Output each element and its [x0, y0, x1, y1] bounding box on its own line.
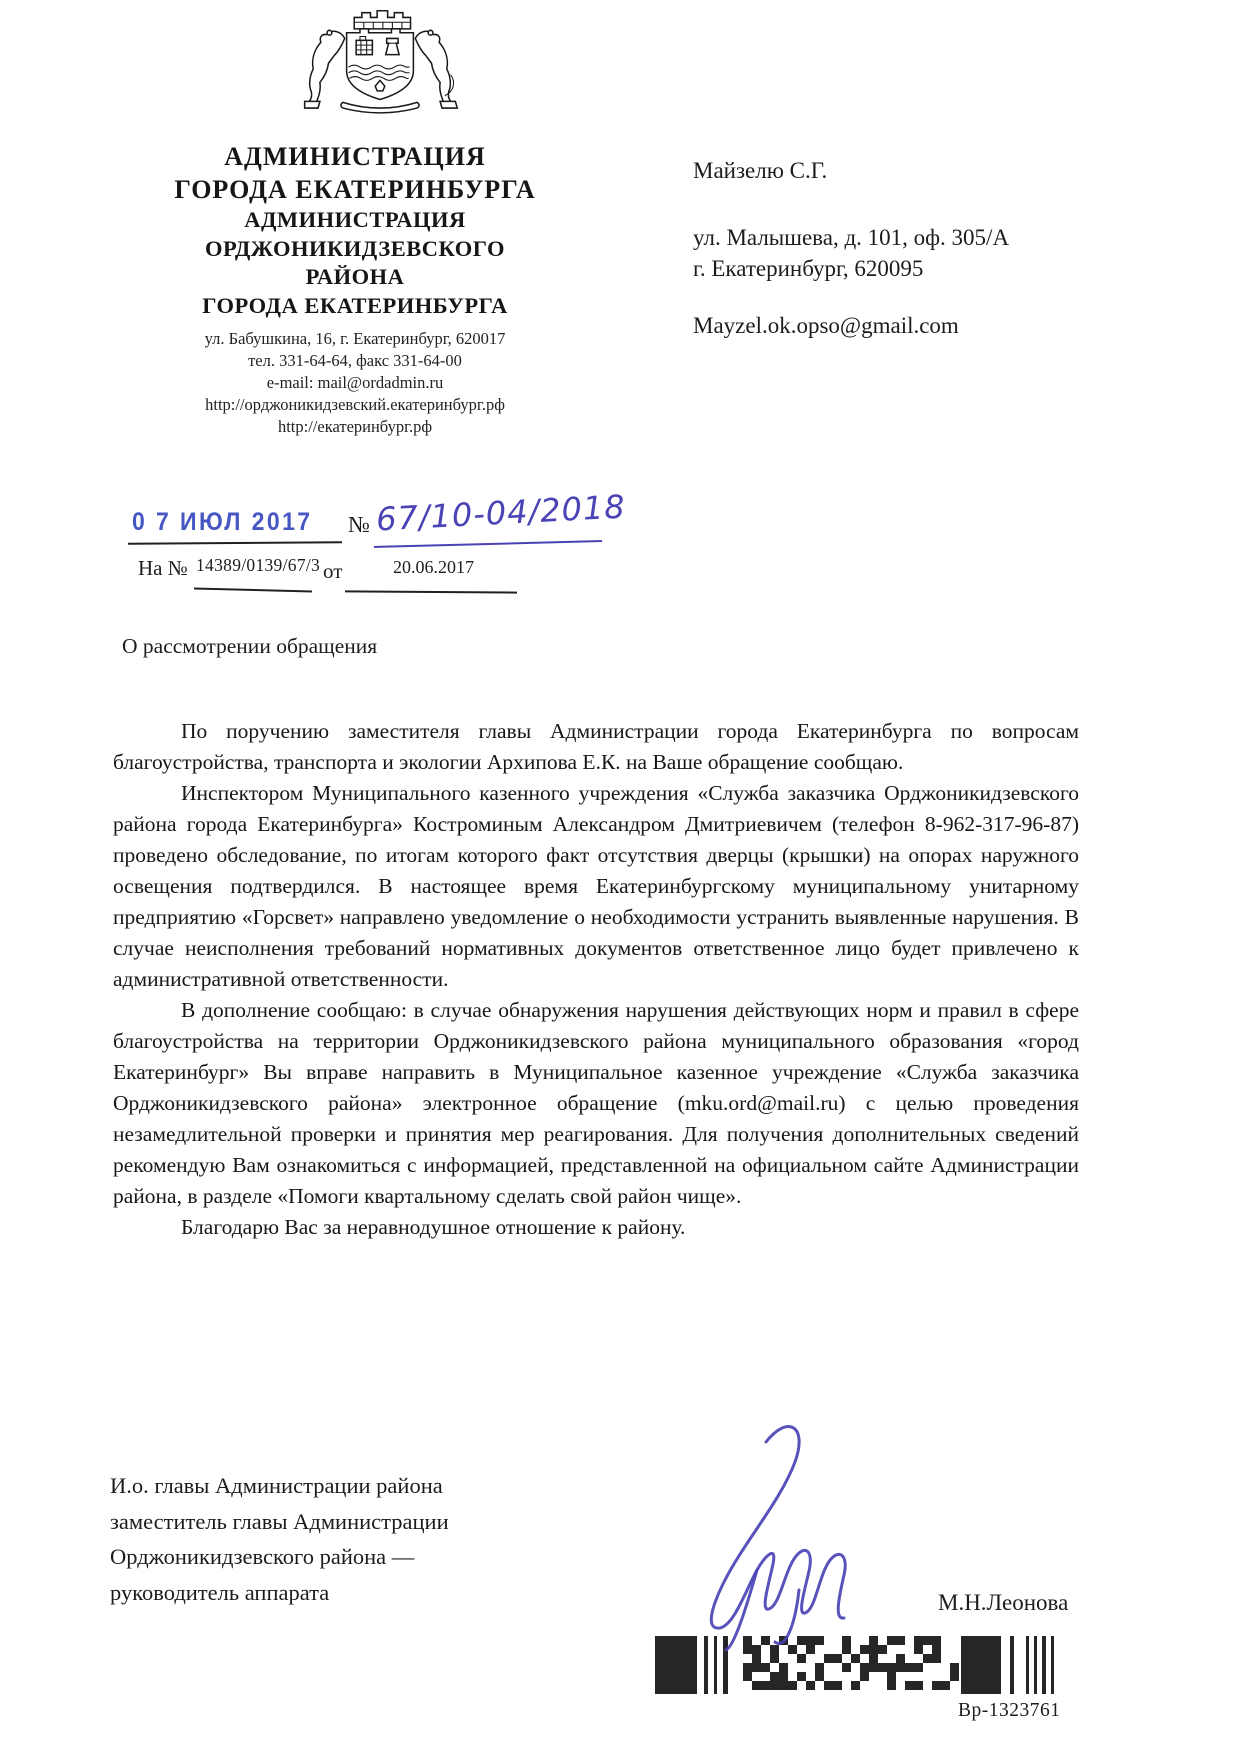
- reference-from-label: от: [323, 559, 342, 584]
- body-paragraph-1: По поручению заместителя главы Администр…: [113, 716, 1079, 778]
- handwritten-signature: [648, 1420, 958, 1660]
- org-email: e-mail: mail@ordadmin.ru: [95, 372, 615, 394]
- org-site2: http://екатеринбург.рф: [95, 416, 615, 438]
- signer-position-line4: руководитель аппарата: [110, 1575, 449, 1611]
- yekaterinburg-coat-of-arms-icon: [278, 6, 482, 130]
- signer-position-block: И.о. главы Администрации района заместит…: [110, 1468, 449, 1610]
- recipient-address-line2: г. Екатеринбург, 620095: [693, 256, 923, 282]
- number-sign-label: №: [348, 512, 370, 538]
- signer-position-line3: Орджоникидзевского района —: [110, 1539, 449, 1575]
- number-underline: [374, 540, 602, 548]
- dept-line1: АДМИНИСТРАЦИЯ: [95, 206, 615, 235]
- dept-line2: ОРДЖОНИКИДЗЕВСКОГО: [95, 235, 615, 264]
- reference-date-value: 20.06.2017: [393, 557, 474, 578]
- recipient-name: Майзелю С.Г.: [693, 158, 827, 184]
- org-name-line2: ГОРОДА ЕКАТЕРИНБУРГА: [95, 173, 615, 206]
- reference-number-underline: [194, 588, 312, 593]
- incoming-date-stamp: 0 7 ИЮЛ 2017: [132, 508, 312, 537]
- recipient-email: Mayzel.ok.opso@gmail.com: [693, 313, 959, 339]
- barcode-number-label: Вр-1323761: [958, 1700, 1061, 1722]
- org-name-line1: АДМИНИСТРАЦИЯ: [95, 140, 615, 173]
- date-underline: [128, 541, 342, 544]
- dept-line3: РАЙОНА: [95, 263, 615, 292]
- letter-body: По поручению заместителя главы Администр…: [113, 716, 1079, 1243]
- letterhead-contacts: ул. Бабушкина, 16, г. Екатеринбург, 6200…: [95, 328, 615, 438]
- recipient-address-line1: ул. Малышева, д. 101, оф. 305/А: [693, 225, 1009, 251]
- outgoing-number-handwritten: 67/10-04/2018: [375, 487, 626, 538]
- org-site1: http://орджоникидзевский.екатеринбург.рф: [95, 394, 615, 416]
- reference-number-value: 14389/0139/67/3: [196, 555, 320, 576]
- reference-date-underline: [345, 590, 517, 593]
- body-paragraph-3: В дополнение сообщаю: в случае обнаружен…: [113, 995, 1079, 1212]
- letter-page: АДМИНИСТРАЦИЯ ГОРОДА ЕКАТЕРИНБУРГА АДМИН…: [0, 0, 1240, 1753]
- org-address: ул. Бабушкина, 16, г. Екатеринбург, 6200…: [95, 328, 615, 350]
- body-paragraph-2: Инспектором Муниципального казенного учр…: [113, 778, 1079, 995]
- org-phone-fax: тел. 331-64-64, факс 331-64-00: [95, 350, 615, 372]
- body-paragraph-4: Благодарю Вас за неравнодушное отношение…: [113, 1212, 1079, 1243]
- letter-subject: О рассмотрении обращения: [122, 634, 377, 659]
- letterhead-organization: АДМИНИСТРАЦИЯ ГОРОДА ЕКАТЕРИНБУРГА: [95, 140, 615, 206]
- signer-position-line1: И.о. главы Администрации района: [110, 1468, 449, 1504]
- reference-number-label: На №: [138, 556, 188, 581]
- signer-position-line2: заместитель главы Администрации: [110, 1504, 449, 1540]
- letterhead-department: АДМИНИСТРАЦИЯ ОРДЖОНИКИДЗЕВСКОГО РАЙОНА …: [95, 206, 615, 320]
- dept-line4: ГОРОДА ЕКАТЕРИНБУРГА: [95, 292, 615, 321]
